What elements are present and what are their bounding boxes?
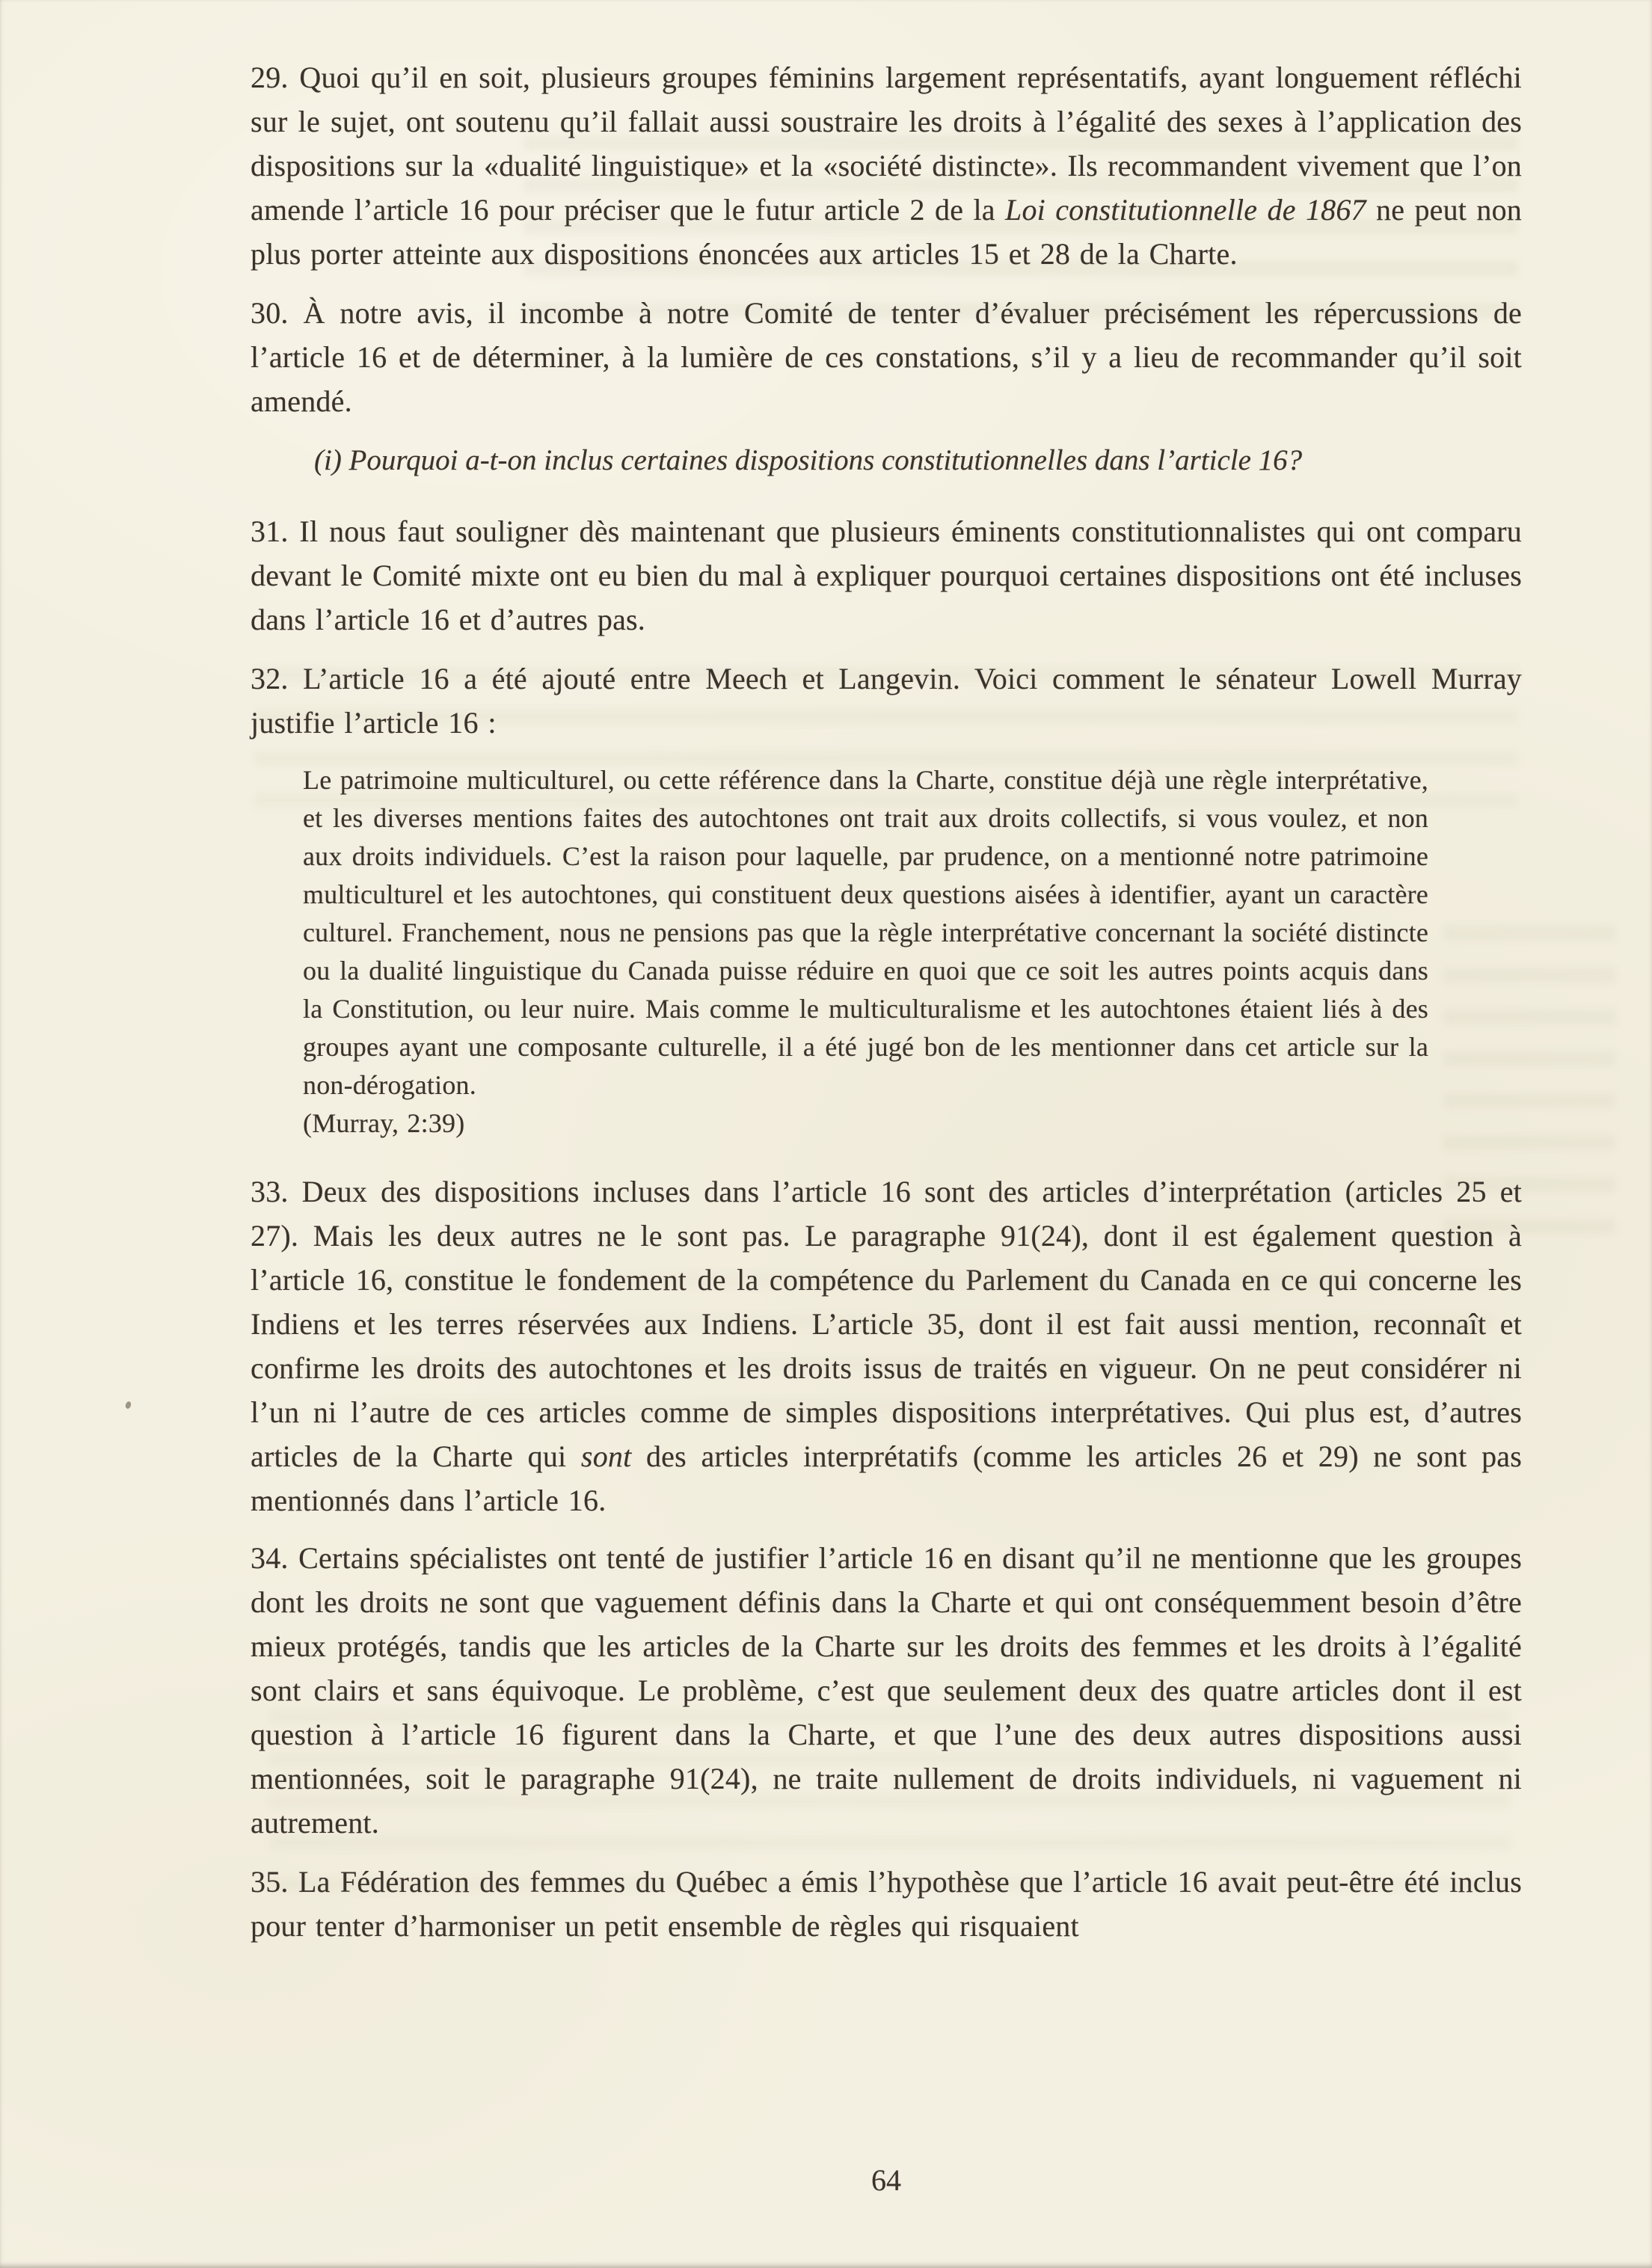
paragraph-30: 30. À notre avis, il incombe à notre Com… bbox=[251, 291, 1522, 423]
paragraph-29: 29. Quoi qu’il en soit, plusieurs groupe… bbox=[251, 55, 1522, 276]
paragraph-34: 34. Certains spécialistes ont tenté de j… bbox=[251, 1536, 1522, 1845]
scanned-document-page: 29. Quoi qu’il en soit, plusieurs groupe… bbox=[0, 0, 1652, 2268]
paragraph-33-italic-word: sont bbox=[581, 1439, 631, 1473]
block-quote: Le patrimoine multiculturel, ou cette ré… bbox=[303, 761, 1428, 1143]
subheading-question-i: (i) Pourquoi a-t-on inclus certaines dis… bbox=[314, 438, 1522, 482]
page-content: 29. Quoi qu’il en soit, plusieurs groupe… bbox=[251, 0, 1522, 1948]
quote-text: Le patrimoine multiculturel, ou cette ré… bbox=[303, 761, 1428, 1104]
page-number: 64 bbox=[251, 2158, 1522, 2202]
ink-speck bbox=[125, 1401, 132, 1410]
quote-attribution: (Murray, 2:39) bbox=[303, 1104, 1428, 1143]
paragraph-33: 33. Deux des dispositions incluses dans … bbox=[251, 1170, 1522, 1522]
paragraph-29-italic-title: Loi constitutionnelle de 1867 bbox=[1005, 193, 1366, 227]
paragraph-32: 32. L’article 16 a été ajouté entre Meec… bbox=[251, 657, 1522, 745]
paragraph-33-text: 33. Deux des dispositions incluses dans … bbox=[251, 1175, 1522, 1473]
paragraph-35: 35. La Fédération des femmes du Québec a… bbox=[251, 1860, 1522, 1948]
paragraph-31: 31. Il nous faut souligner dès maintenan… bbox=[251, 509, 1522, 642]
